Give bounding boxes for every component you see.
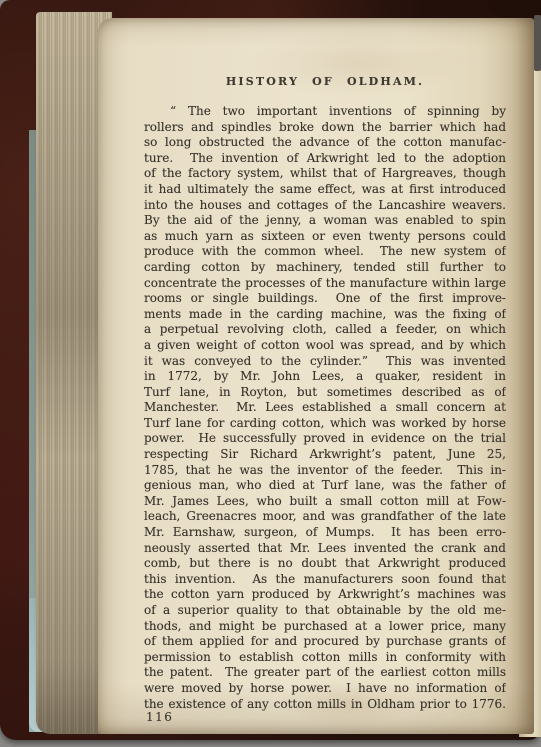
text-line: respecting Sir Richard Arkwright’s paten… xyxy=(144,447,506,463)
text-line: the cotton yarn produced by Arkwright’s … xyxy=(144,587,506,603)
text-line: power. He successfully proved in evidenc… xyxy=(144,431,506,447)
text-line: the patent. The greater part of the earl… xyxy=(144,665,506,681)
running-head: HISTORY OF OLDHAM. xyxy=(144,75,506,88)
text-line: in 1772, by Mr. John Lees, a quaker, res… xyxy=(144,369,506,385)
text-line: it had ultimately the same effect, was a… xyxy=(144,182,506,198)
text-line: it was conveyed to the cylinder.” This w… xyxy=(144,354,506,370)
page-number: 116 xyxy=(146,710,173,724)
text-line: as much yarn as sixteen or even twenty p… xyxy=(144,229,506,245)
text-line: neously asserted that Mr. Lees invented … xyxy=(144,541,506,557)
text-line: this invention. As the manufacturers soo… xyxy=(144,572,506,588)
photo-backdrop: HISTORY OF OLDHAM. “ The two important i… xyxy=(0,0,541,747)
text-line: ture. The invention of Arkwright led to … xyxy=(144,151,506,167)
text-line: comb, but there is no doubt that Arkwrig… xyxy=(144,556,506,572)
text-line: so long obstructed the advance of the co… xyxy=(144,135,506,151)
text-line: leach, Greenacres moor, and was grandfat… xyxy=(144,509,506,525)
text-line: rollers and spindles broke down the barr… xyxy=(144,120,506,136)
text-line: Turf lane for carding cotton, which was … xyxy=(144,416,506,432)
text-line: carding cotton by machinery, tended stil… xyxy=(144,260,506,276)
text-line: the existence of any cotton mills in Old… xyxy=(144,697,506,713)
text-line: Mr. Earnshaw, surgeon, of Mumps. It has … xyxy=(144,525,506,541)
text-line: Manchester. Mr. Lees established a small… xyxy=(144,400,506,416)
text-line: 1785, that he was the inventor of the fe… xyxy=(144,463,506,479)
text-line: permission to establish cotton mills in … xyxy=(144,650,506,666)
text-line: into the houses and cottages of the Lanc… xyxy=(144,198,506,214)
text-line: By the aid of the jenny, a woman was ena… xyxy=(144,213,506,229)
text-line: of the factory system, whilst that of Ha… xyxy=(144,166,506,182)
text-line: ments made in the carding machine, was t… xyxy=(144,307,506,323)
text-line: produce with the common wheel. The new s… xyxy=(144,244,506,260)
body-text: “ The two important inventions of spinni… xyxy=(144,104,506,712)
text-line: a perpetual revolving cloth, called a fe… xyxy=(144,322,506,338)
text-line: were moved by horse power. I have no inf… xyxy=(144,681,506,697)
text-line: “ The two important inventions of spinni… xyxy=(144,104,506,120)
text-line: concentrate the processes of the manufac… xyxy=(144,276,506,292)
text-line: rooms or single buildings. One of the fi… xyxy=(144,291,506,307)
text-line: Turf lane, in Royton, but sometimes desc… xyxy=(144,385,506,401)
text-line: thods, and might be purchased at a lower… xyxy=(144,619,506,635)
text-line: genious man, who died at Turf lane, was … xyxy=(144,478,506,494)
text-line: of a superior quality to that obtainable… xyxy=(144,603,506,619)
text-line: a given weight of cotton wool was spread… xyxy=(144,338,506,354)
backdrop-sliver xyxy=(534,15,541,71)
text-line: Mr. James Lees, who built a small cotton… xyxy=(144,494,506,510)
text-line: of them applied for and procured by purc… xyxy=(144,634,506,650)
book-page: HISTORY OF OLDHAM. “ The two important i… xyxy=(98,18,534,734)
